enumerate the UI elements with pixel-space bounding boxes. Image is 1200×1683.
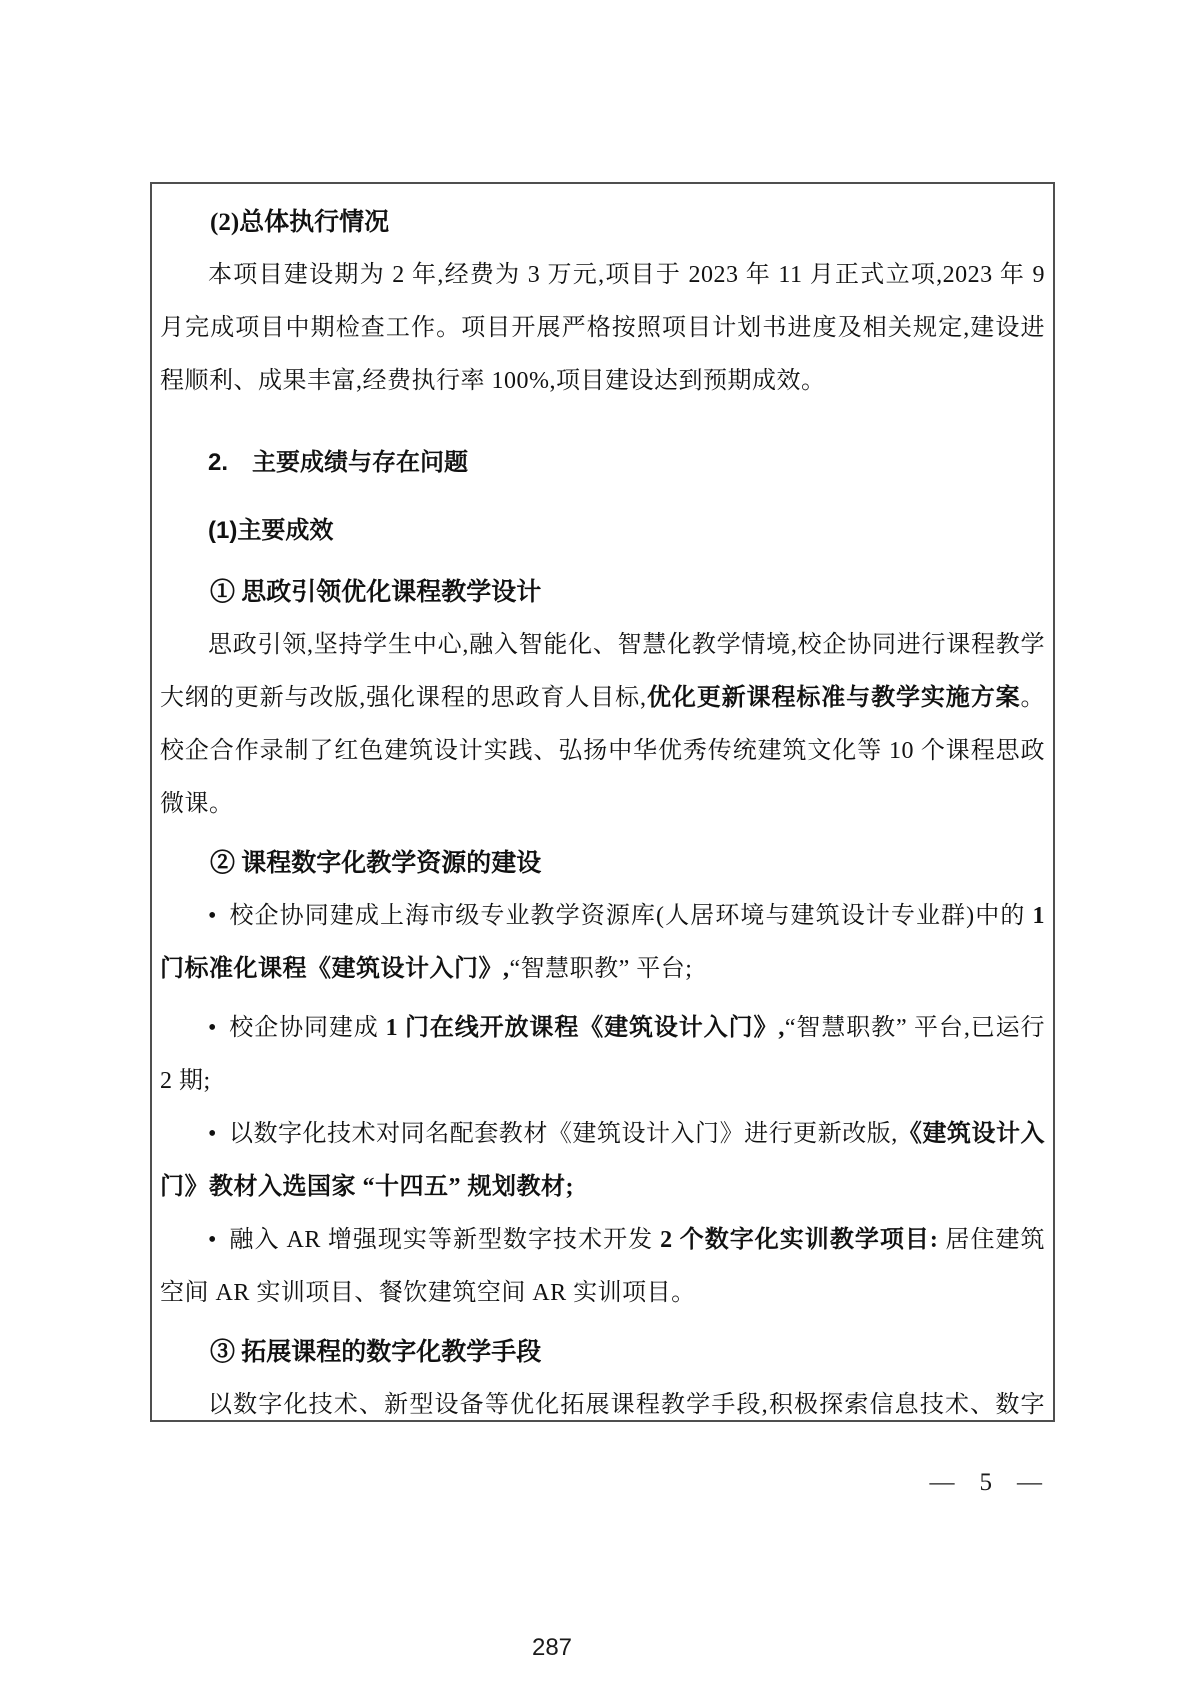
bullet-item-textbook-update: •以数字化技术对同名配套教材《建筑设计入门》进行更新改版,《建筑设计入门》教材入… [160,1108,1045,1214]
section-heading-overall-execution: (2)总体执行情况 [160,196,1045,249]
paragraph-project-overview: 本项目建设期为 2 年,经费为 3 万元,项目于 2023 年 11 月正式立项… [160,249,1045,408]
text-run-bold: 1 门在线开放课程《建筑设计入门》, [386,1015,785,1041]
text-run-bold: 2 个数字化实训教学项目: [660,1227,938,1253]
bullet-item-online-course: •校企协同建成 1 门在线开放课程《建筑设计入门》,“智慧职教” 平台,已运行 … [160,1002,1045,1108]
heading-item1-ideological-course-design: ① 思政引领优化课程教学设计 [160,566,1045,619]
bullet-icon: • [208,1227,217,1253]
page: (2)总体执行情况 本项目建设期为 2 年,经费为 3 万元,项目于 2023 … [0,0,1200,1683]
paragraph-digital-methods: 以数字化技术、新型设备等优化拓展课程教学手段,积极探索信息技术、数字技术融入课程… [160,1379,1045,1422]
heading-item2-digital-resources: ② 课程数字化教学资源的建设 [160,837,1045,890]
paragraph-ideological-leading: 思政引领,坚持学生中心,融入智能化、智慧化教学情境,校企协同进行课程教学大纲的更… [160,619,1045,831]
text-run: 校企协同建成上海市级专业教学资源库(人居环境与建筑设计专业群)中的 [229,903,1033,929]
heading-item3-digital-teaching-methods: ③ 拓展课程的数字化教学手段 [160,1326,1045,1379]
heading-main-results: (1)主要成效 [160,504,1045,557]
text-run: 校企协同建成 [229,1015,386,1041]
bullet-item-resource-library: •校企协同建成上海市级专业教学资源库(人居环境与建筑设计专业群)中的 1 门标准… [160,890,1045,996]
bullet-item-ar-training-projects: •融入 AR 增强现实等新型数字技术开发 2 个数字化实训教学项目: 居住建筑空… [160,1214,1045,1320]
text-run: 融入 AR 增强现实等新型数字技术开发 [229,1227,660,1253]
text-run: “智慧职教” 平台; [510,956,693,982]
page-number: 287 [0,1634,1104,1662]
bullet-icon: • [208,1121,217,1147]
document-box: (2)总体执行情况 本项目建设期为 2 年,经费为 3 万元,项目于 2023 … [150,182,1055,1422]
heading-achievements-and-problems: 2. 主要成绩与存在问题 [160,436,1045,489]
text-run-bold: 优化更新课程标准与教学实施方案 [647,685,1021,711]
page-marker: — 5 — [929,1462,1042,1498]
bullet-icon: • [208,1015,217,1041]
bullet-icon: • [208,903,217,929]
text-run: 以数字化技术对同名配套教材《建筑设计入门》进行更新改版, [229,1121,898,1147]
